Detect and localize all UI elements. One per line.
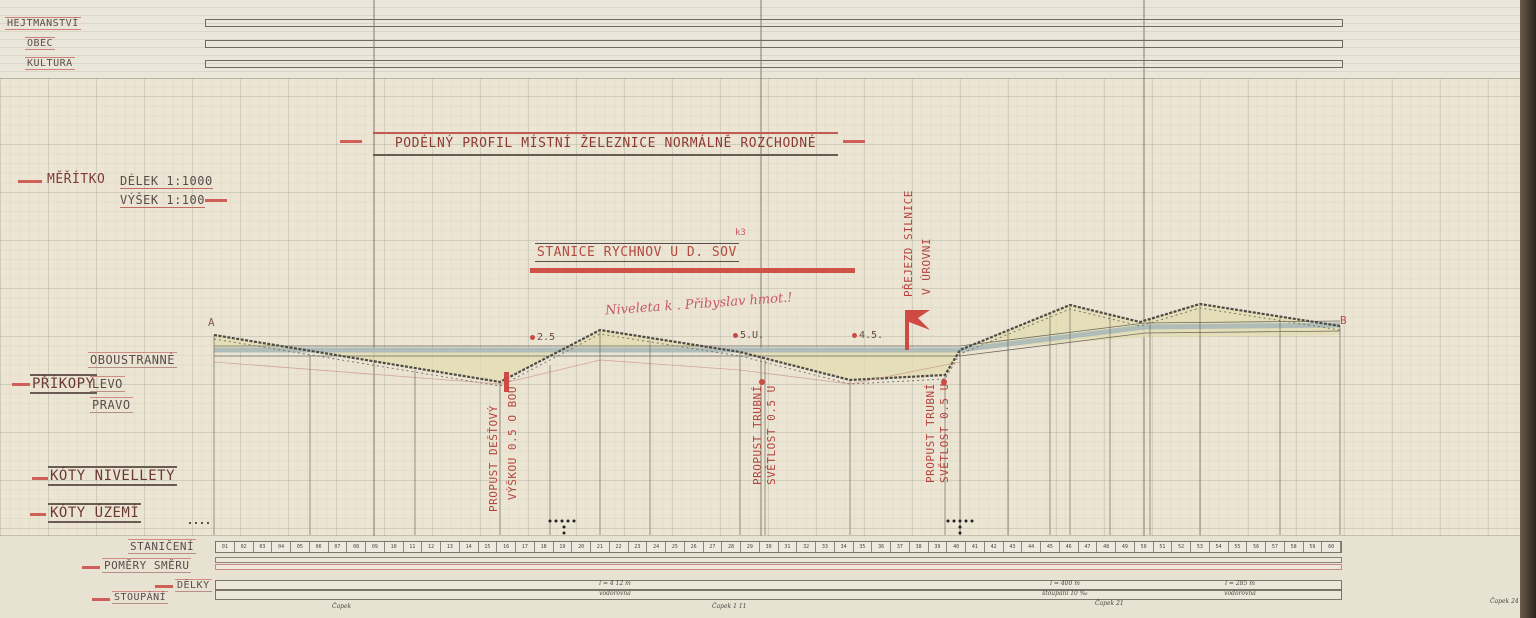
culvert-label-2-line1: PROPUST TRUBNÍ	[752, 390, 764, 485]
row-label-pravo: PRAVO	[90, 397, 133, 413]
row-label-stoupani: STOUPÁNÍ	[112, 591, 168, 604]
gradient-1-length: l = 4 12 m	[560, 580, 670, 587]
gradient-3-type: vodorovná	[1180, 590, 1300, 597]
pin-icon	[733, 333, 738, 338]
pin-icon	[852, 333, 857, 338]
culvert-label-1-line1: PROPUST DEŠŤOVÝ	[488, 412, 500, 512]
signature-1: Čapek	[332, 603, 351, 610]
pin-icon	[530, 335, 535, 340]
row-dash	[82, 566, 100, 569]
culvert-marker-2	[759, 379, 765, 385]
gradient-row	[215, 590, 1342, 600]
hectometer-marker-3: 4.5.	[852, 330, 883, 341]
profile-end-mark: B	[1340, 314, 1347, 327]
signature-3: Čapek 21	[1095, 600, 1124, 607]
gradient-3-length: l = 285 m	[1180, 580, 1300, 587]
gradient-1-type: vodorovná	[560, 590, 670, 597]
culvert-label-1-line2: VÝŠKOU 0.5 O BOU	[507, 412, 519, 500]
row-label-koty-uzemi: KÓTY ÚZEMÍ	[48, 503, 141, 523]
row-dash	[30, 513, 46, 516]
row-dash	[32, 477, 48, 480]
row-dash	[155, 585, 173, 588]
culvert-label-3-line1: PROPUST TRUBNÍ	[925, 388, 937, 483]
signature-2: Čapek 1 11	[712, 603, 746, 610]
row-label-levo: LEVO	[90, 376, 125, 392]
hectometer-marker-1: 2.5	[530, 332, 555, 343]
culvert-label-2-line2: SVĚTLOST 0.5 U	[766, 390, 778, 485]
row-label-koty-nivellety: KÓTY NIVELLETY	[48, 466, 177, 486]
row-label-prikopy: PŘÍKOPY	[30, 374, 97, 394]
stationing-row: 01020304050607080910 1112131415161718192…	[215, 541, 1342, 553]
longitudinal-profile-drawing	[0, 0, 1536, 618]
row-dash	[12, 383, 30, 386]
hectometer-marker-2: 5.U.	[733, 330, 764, 341]
row-label-delky: DÉLKY	[175, 579, 212, 592]
row-label-oboustranne: OBOUSTRANNÉ	[88, 352, 177, 368]
culvert-label-3-line2: SVĚTLOST 0.5 U	[939, 388, 951, 483]
crossing-flag-icon	[909, 310, 930, 330]
profile-start-mark: A	[208, 316, 215, 329]
crossing-flag-pole	[905, 310, 909, 350]
gradient-2-length: l = 400 m	[1000, 580, 1130, 587]
terrain-fill	[214, 304, 1340, 382]
row-label-pomery-smeru: POMĚRY SMĚRU	[102, 558, 191, 573]
direction-row-bottom	[215, 564, 1342, 570]
signature-4: Čapek 24	[1490, 598, 1519, 605]
direction-row-top	[215, 557, 1342, 563]
gradient-2-type: stoupání 10 ‰	[1000, 590, 1130, 597]
lengths-row	[215, 580, 1342, 590]
row-dash	[92, 598, 110, 601]
page-edge	[1520, 0, 1536, 618]
row-label-staniceni: STANIČENÍ	[128, 539, 196, 554]
